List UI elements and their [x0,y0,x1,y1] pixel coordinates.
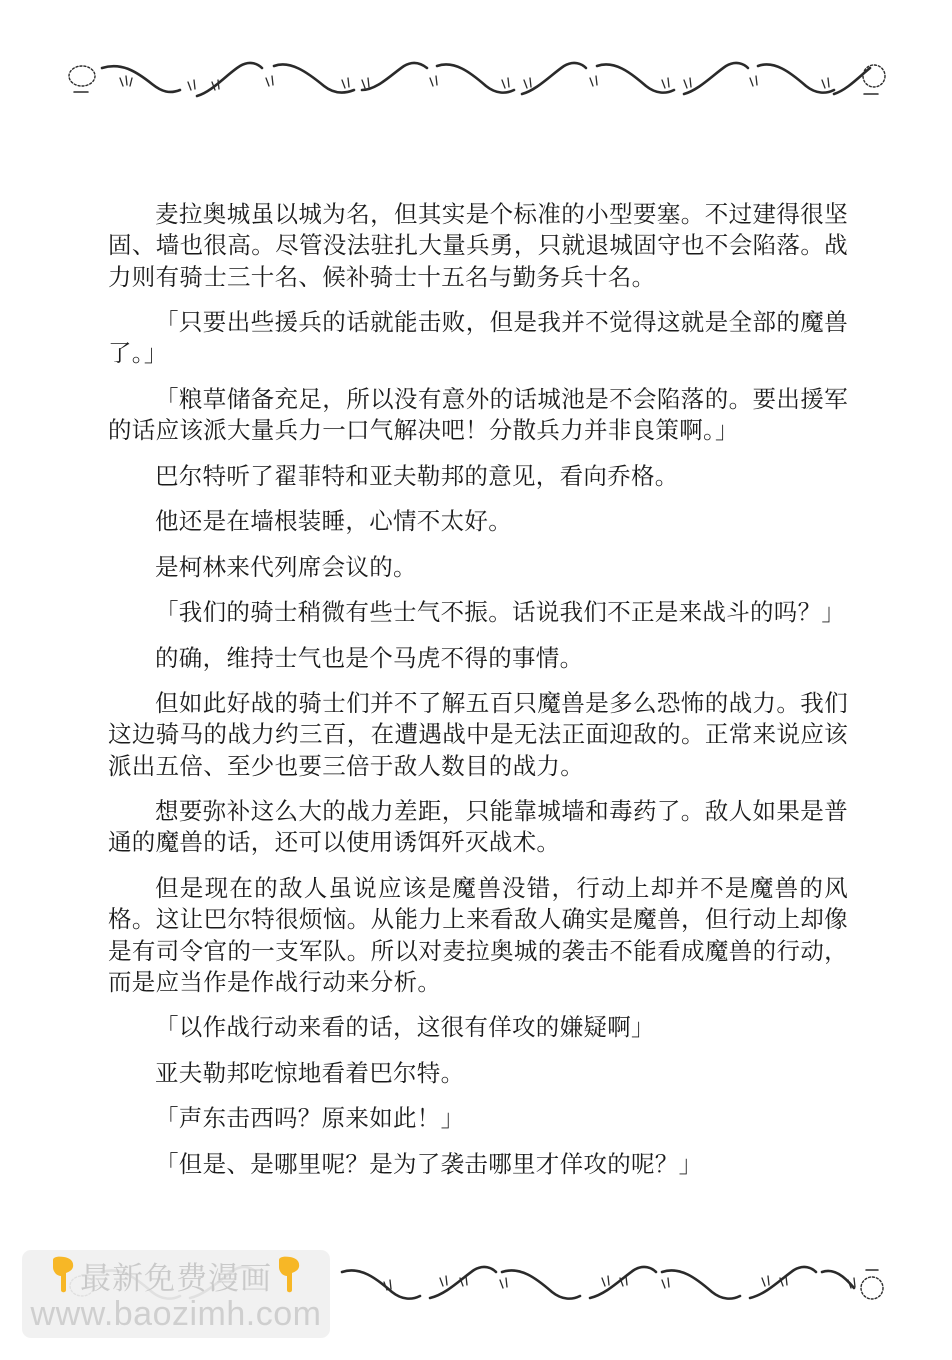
site-watermark: 最新免费漫画 www.baozimh.com [22,1250,330,1338]
paragraph: 麦拉奥城虽以城为名，但其实是个标准的小型要塞。不过建得很坚固、墙也很高。尽管没法… [108,199,848,293]
paragraph: 亚夫勒邦吃惊地看着巴尔特。 [108,1058,848,1089]
pointing-down-hand-icon [276,1256,302,1294]
top-floral-border-icon [62,54,892,104]
paragraph: 想要弥补这么大的战力差距，只能靠城墙和毒药了。敌人如果是普通的魔兽的话，还可以使… [108,796,848,859]
paragraph: 的确，维持士气也是个马虎不得的事情。 [108,643,848,674]
paragraph: 他还是在墙根装睡，心情不太好。 [108,506,848,537]
book-page: 麦拉奥城虽以城为名，但其实是个标准的小型要塞。不过建得很坚固、墙也很高。尽管没法… [0,0,952,1360]
dialogue-paragraph: 「以作战行动来看的话，这很有佯攻的嫌疑啊」 [108,1012,848,1043]
dialogue-paragraph: 「但是、是哪里呢？是为了袭击哪里才佯攻的呢？」 [108,1149,848,1180]
pointing-down-hand-icon [50,1256,76,1294]
chapter-text: 麦拉奥城虽以城为名，但其实是个标准的小型要塞。不过建得很坚固、墙也很高。尽管没法… [108,199,848,1194]
dialogue-paragraph: 「声东击西吗？原来如此！」 [108,1103,848,1134]
watermark-slogan: 最新免费漫画 [80,1253,272,1298]
dialogue-paragraph: 「我们的骑士稍微有些士气不振。话说我们不正是来战斗的吗？」 [108,597,848,628]
paragraph: 是柯林来代列席会议的。 [108,552,848,583]
paragraph: 但是现在的敌人虽说应该是魔兽没错，行动上却并不是魔兽的风格。这让巴尔特很烦恼。从… [108,873,848,998]
paragraph: 巴尔特听了翟菲特和亚夫勒邦的意见，看向乔格。 [108,461,848,492]
watermark-url: www.baozimh.com [22,1294,330,1334]
watermark-slogan-row: 最新免费漫画 [22,1254,330,1296]
dialogue-paragraph: 「粮草储备充足，所以没有意外的话城池是不会陷落的。要出援军的话应该派大量兵力一口… [108,384,848,447]
dialogue-paragraph: 「只要出些援兵的话就能击败，但是我并不觉得这就是全部的魔兽了。」 [108,307,848,370]
paragraph: 但如此好战的骑士们并不了解五百只魔兽是多么恐怖的战力。我们这边骑马的战力约三百，… [108,688,848,782]
